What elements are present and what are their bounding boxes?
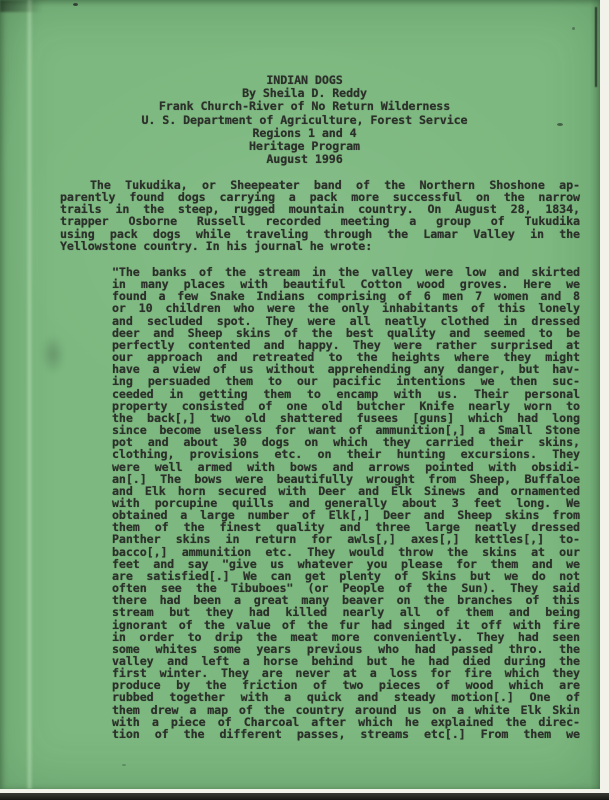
text-line: stream but they had killed nearly all of…: [112, 606, 580, 618]
text-line: Yellowstone country. In his journal he w…: [60, 240, 580, 252]
text-line: ceeded in getting them to encamp with us…: [112, 388, 580, 400]
text-line: Frank Church-River of No Return Wilderne…: [0, 100, 609, 113]
text-line: were well armed with bows and arrows poi…: [112, 461, 580, 473]
text-line: August 1996: [0, 153, 609, 166]
intro-paragraph: The Tukudika, or Sheepeater band of the …: [60, 179, 580, 252]
text-line: ing persuaded them to our pacific intent…: [112, 375, 580, 387]
text-line: U. S. Department of Agriculture, Forest …: [0, 114, 609, 127]
text-line: tion of the different passes, streams et…: [112, 728, 580, 740]
ink-speck: [572, 27, 575, 30]
text-line: Panther skins in return for awls[,] axes…: [112, 533, 580, 545]
text-line: using pack dogs while traveling through …: [60, 228, 580, 240]
journal-quote-paragraph: "The banks of the stream in the valley w…: [112, 266, 580, 740]
ink-speck: [557, 123, 563, 126]
scan-line-artifact: [595, 7, 597, 87]
text-line: trapper Osborne Russell recorded meeting…: [60, 215, 580, 227]
text-line: or 10 children who were the only inhabit…: [112, 302, 580, 314]
paper-page: INDIAN DOGSBy Sheila D. ReddyFrank Churc…: [0, 0, 600, 789]
scanner-edge-strip: [0, 793, 609, 800]
text-line: them drew a map of the country around us…: [112, 704, 580, 716]
corner-smudge-mark: [0, 0, 60, 12]
text-line: ignorant of the value of the fur had sin…: [112, 619, 580, 631]
ink-speck: [122, 764, 126, 766]
ink-speck: [73, 3, 78, 6]
text-line: rubbed together with a quick and steady …: [112, 691, 580, 703]
text-line: bacco[,] ammunition etc. They would thro…: [112, 546, 580, 558]
text-line: clothing, provisions etc. on their hunti…: [112, 448, 580, 460]
smudge-mark: [36, 332, 70, 388]
document-header: INDIAN DOGSBy Sheila D. ReddyFrank Churc…: [0, 74, 609, 166]
text-line: an[.] The bows were beautifully wrought …: [112, 473, 580, 485]
scanned-document: INDIAN DOGSBy Sheila D. ReddyFrank Churc…: [0, 0, 609, 800]
text-line: and secluded spot. They were all neatly …: [112, 315, 580, 327]
